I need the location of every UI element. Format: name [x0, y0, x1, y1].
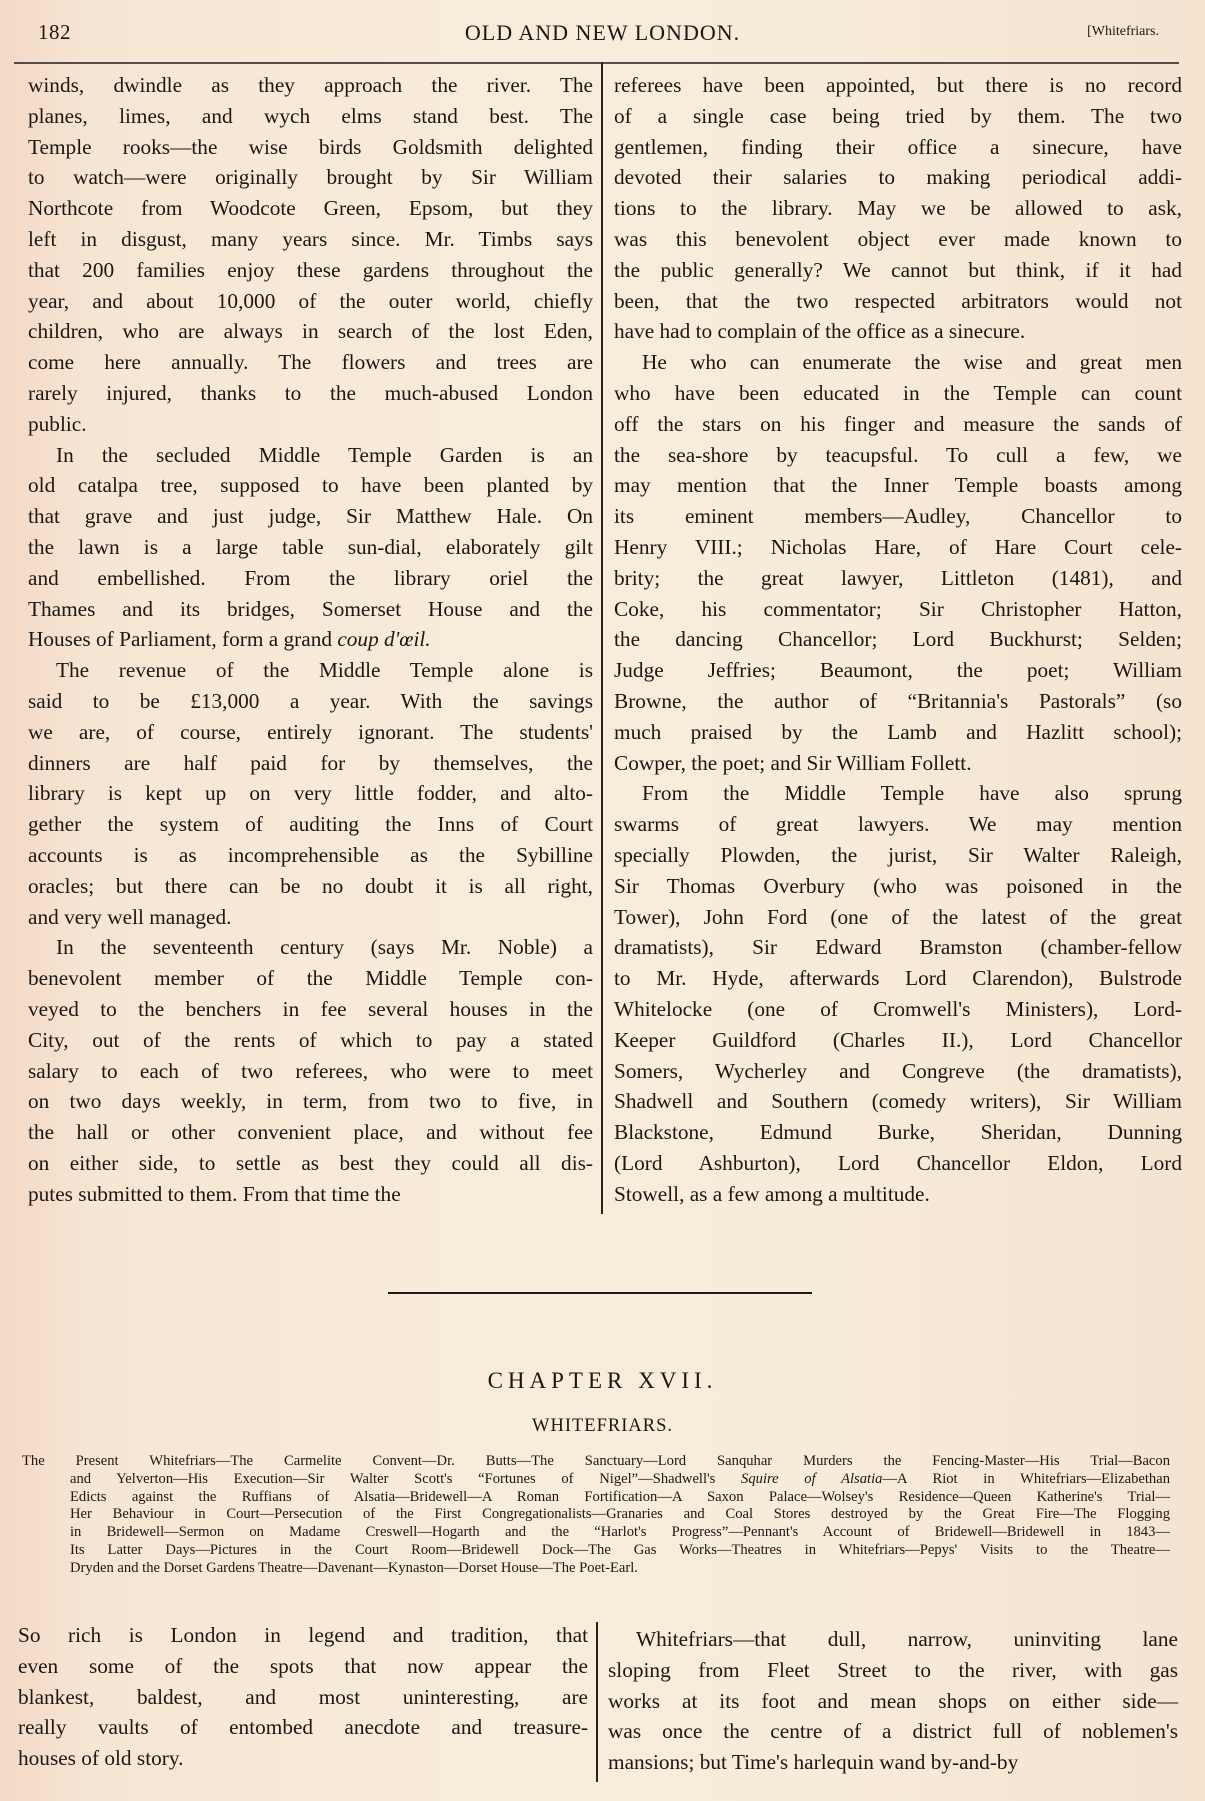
text-line: said to be £13,000 a year. With the savi…: [28, 686, 593, 717]
text-line: sloping from Fleet Street to the river, …: [608, 1655, 1178, 1686]
text-line: public.: [28, 409, 593, 440]
paragraph: He who can enumerate the wise and great …: [614, 347, 1182, 778]
text-line: and very well managed.: [28, 902, 593, 933]
text-line: rarely injured, thanks to the much-abuse…: [28, 378, 593, 409]
synopsis-line: and Yelverton—His Execution—Sir Walter S…: [22, 1471, 1170, 1489]
paragraph: From the Middle Temple have also sprungs…: [614, 778, 1182, 1209]
column-divider-bottom: [596, 1622, 598, 1782]
book-page: 182 OLD AND NEW LONDON. [Whitefriars. wi…: [0, 0, 1205, 1801]
text-line: In the secluded Middle Temple Garden is …: [28, 440, 593, 471]
paragraph: In the seventeenth century (says Mr. Nob…: [28, 932, 593, 1209]
text-line: come here annually. The flowers and tree…: [28, 347, 593, 378]
text-line: brity; the great lawyer, Littleton (1481…: [614, 563, 1182, 594]
text-line: Temple rooks—the wise birds Goldsmith de…: [28, 132, 593, 163]
text-line: Blackstone, Edmund Burke, Sheridan, Dunn…: [614, 1117, 1182, 1148]
text-line: Keeper Guildford (Charles II.), Lord Cha…: [614, 1025, 1182, 1056]
text-line: of a single case being tried by them. Th…: [614, 101, 1182, 132]
text-line: Stowell, as a few among a multitude.: [614, 1179, 1182, 1210]
text-line: From the Middle Temple have also sprung: [614, 778, 1182, 809]
text-line: that grave and just judge, Sir Matthew H…: [28, 501, 593, 532]
synopsis-line: Its Latter Days—Pictures in the Court Ro…: [22, 1542, 1170, 1560]
running-head: 182 OLD AND NEW LONDON. [Whitefriars.: [0, 14, 1205, 54]
text-line: children, who are always in search of th…: [28, 316, 593, 347]
text-line: oracles; but there can be no doubt it is…: [28, 871, 593, 902]
text-line: to watch—were originally brought by Sir …: [28, 162, 593, 193]
chapter-subtitle: WHITEFRIARS.: [0, 1416, 1205, 1437]
text-line: blankest, baldest, and most uninterestin…: [18, 1682, 588, 1713]
text-line: accounts is as incomprehensible as the S…: [28, 840, 593, 871]
text-line: gether the system of auditing the Inns o…: [28, 809, 593, 840]
text-line: the hall or other convenient place, and …: [28, 1117, 593, 1148]
text-line: the public generally? We cannot but thin…: [614, 255, 1182, 286]
chapter-synopsis: The Present Whitefriars—The Carmelite Co…: [22, 1453, 1170, 1578]
text-line: City, out of the rents of which to pay a…: [28, 1025, 593, 1056]
text-line: putes submitted to them. From that time …: [28, 1179, 593, 1210]
text-line: tions to the library. May we be allowed …: [614, 193, 1182, 224]
text-line: the sea-shore by teacupsful. To cull a f…: [614, 440, 1182, 471]
text-line: benevolent member of the Middle Temple c…: [28, 963, 593, 994]
text-line: referees have been appointed, but there …: [614, 70, 1182, 101]
text-line: swarms of great lawyers. We may mention: [614, 809, 1182, 840]
synopsis-line: The Present Whitefriars—The Carmelite Co…: [22, 1453, 1170, 1471]
section-tag: [Whitefriars.: [1087, 24, 1159, 40]
text-line: mansions; but Time's harlequin wand by-a…: [608, 1747, 1178, 1778]
text-line: old catalpa tree, supposed to have been …: [28, 470, 593, 501]
text-line: the dancing Chancellor; Lord Buckhurst; …: [614, 624, 1182, 655]
left-column-top: winds, dwindle as they approach the rive…: [28, 70, 593, 1209]
paragraph: referees have been appointed, but there …: [614, 70, 1182, 347]
header-rule: [14, 62, 1179, 64]
text-line: planes, limes, and wych elms stand best.…: [28, 101, 593, 132]
text-line: houses of old story.: [18, 1743, 588, 1774]
text-line: its eminent members—Audley, Chancellor t…: [614, 501, 1182, 532]
text-line: winds, dwindle as they approach the rive…: [28, 70, 593, 101]
right-column-top: referees have been appointed, but there …: [614, 70, 1182, 1209]
text-line: dinners are half paid for by themselves,…: [28, 748, 593, 779]
text-line: So rich is London in legend and traditio…: [18, 1620, 588, 1651]
text-line: Browne, the author of “Britannia's Pasto…: [614, 686, 1182, 717]
text-line: we are, of course, entirely ignorant. Th…: [28, 717, 593, 748]
text-line: Cowper, the poet; and Sir William Follet…: [614, 748, 1182, 779]
text-line: gentlemen, finding their office a sinecu…: [614, 132, 1182, 163]
text-line: veyed to the benchers in fee several hou…: [28, 994, 593, 1025]
text-line: (Lord Ashburton), Lord Chancellor Eldon,…: [614, 1148, 1182, 1179]
synopsis-line: Edicts against the Ruffians of Alsatia—B…: [22, 1489, 1170, 1507]
text-line: Judge Jeffries; Beaumont, the poet; Will…: [614, 655, 1182, 686]
text-line: library is kept up on very little fodder…: [28, 778, 593, 809]
text-line: specially Plowden, the jurist, Sir Walte…: [614, 840, 1182, 871]
left-column-bottom: So rich is London in legend and traditio…: [18, 1620, 588, 1774]
paragraph: In the secluded Middle Temple Garden is …: [28, 440, 593, 656]
text-line: The revenue of the Middle Temple alone i…: [28, 655, 593, 686]
text-line: Coke, his commentator; Sir Christopher H…: [614, 594, 1182, 625]
chapter-separator-rule: [388, 1292, 812, 1294]
text-line: dramatists), Sir Edward Bramston (chambe…: [614, 932, 1182, 963]
text-line: Northcote from Woodcote Green, Epsom, bu…: [28, 193, 593, 224]
paragraph: The revenue of the Middle Temple alone i…: [28, 655, 593, 932]
text-line: Whitefriars—that dull, narrow, uninvitin…: [608, 1624, 1178, 1655]
text-line: off the stars on his finger and measure …: [614, 409, 1182, 440]
text-line: year, and about 10,000 of the outer worl…: [28, 286, 593, 317]
text-line: was once the centre of a district full o…: [608, 1716, 1178, 1747]
text-line: Whitelocke (one of Cromwell's Ministers)…: [614, 994, 1182, 1025]
chapter-title: CHAPTER XVII.: [0, 1368, 1205, 1394]
text-line: left in disgust, many years since. Mr. T…: [28, 224, 593, 255]
italic-phrase: coup d'œil.: [337, 627, 430, 651]
column-divider: [601, 62, 603, 1214]
text-line: was this benevolent object ever made kno…: [614, 224, 1182, 255]
text-line: In the seventeenth century (says Mr. Nob…: [28, 932, 593, 963]
text-line: have had to complain of the office as a …: [614, 316, 1182, 347]
text-line: the lawn is a large table sun-dial, elab…: [28, 532, 593, 563]
text-line: devoted their salaries to making periodi…: [614, 162, 1182, 193]
text-line: works at its foot and mean shops on eith…: [608, 1686, 1178, 1717]
text-line: to Mr. Hyde, afterwards Lord Clarendon),…: [614, 963, 1182, 994]
text-line: Houses of Parliament, form a grand coup …: [28, 624, 593, 655]
text-line: on two days weekly, in term, from two to…: [28, 1086, 593, 1117]
text-line: and embellished. From the library oriel …: [28, 563, 593, 594]
text-line: who have been educated in the Temple can…: [614, 378, 1182, 409]
text-line: Henry VIII.; Nicholas Hare, of Hare Cour…: [614, 532, 1182, 563]
synopsis-line: Her Behaviour in Court—Persecution of th…: [22, 1506, 1170, 1524]
right-column-bottom: Whitefriars—that dull, narrow, uninvitin…: [608, 1624, 1178, 1778]
text-line: Tower), John Ford (one of the latest of …: [614, 902, 1182, 933]
text-line: He who can enumerate the wise and great …: [614, 347, 1182, 378]
text-line: may mention that the Inner Temple boasts…: [614, 470, 1182, 501]
italic-title: Squire of Alsatia: [741, 1471, 882, 1487]
text-line: Sir Thomas Overbury (who was poisoned in…: [614, 871, 1182, 902]
text-line: on either side, to settle as best they c…: [28, 1148, 593, 1179]
text-line: Shadwell and Southern (comedy writers), …: [614, 1086, 1182, 1117]
text-line: really vaults of entombed anecdote and t…: [18, 1712, 588, 1743]
book-title: OLD AND NEW LONDON.: [0, 20, 1205, 46]
text-line: salary to each of two referees, who were…: [28, 1056, 593, 1087]
text-line: Thames and its bridges, Somerset House a…: [28, 594, 593, 625]
text-line: that 200 families enjoy these gardens th…: [28, 255, 593, 286]
text-line: even some of the spots that now appear t…: [18, 1651, 588, 1682]
synopsis-line: in Bridewell—Sermon on Madame Creswell—H…: [22, 1524, 1170, 1542]
text-line: been, that the two respected arbitrators…: [614, 286, 1182, 317]
paragraph: winds, dwindle as they approach the rive…: [28, 70, 593, 440]
text-line: Somers, Wycherley and Congreve (the dram…: [614, 1056, 1182, 1087]
synopsis-line: Dryden and the Dorset Gardens Theatre—Da…: [22, 1560, 1170, 1578]
text-line: much praised by the Lamb and Hazlitt sch…: [614, 717, 1182, 748]
